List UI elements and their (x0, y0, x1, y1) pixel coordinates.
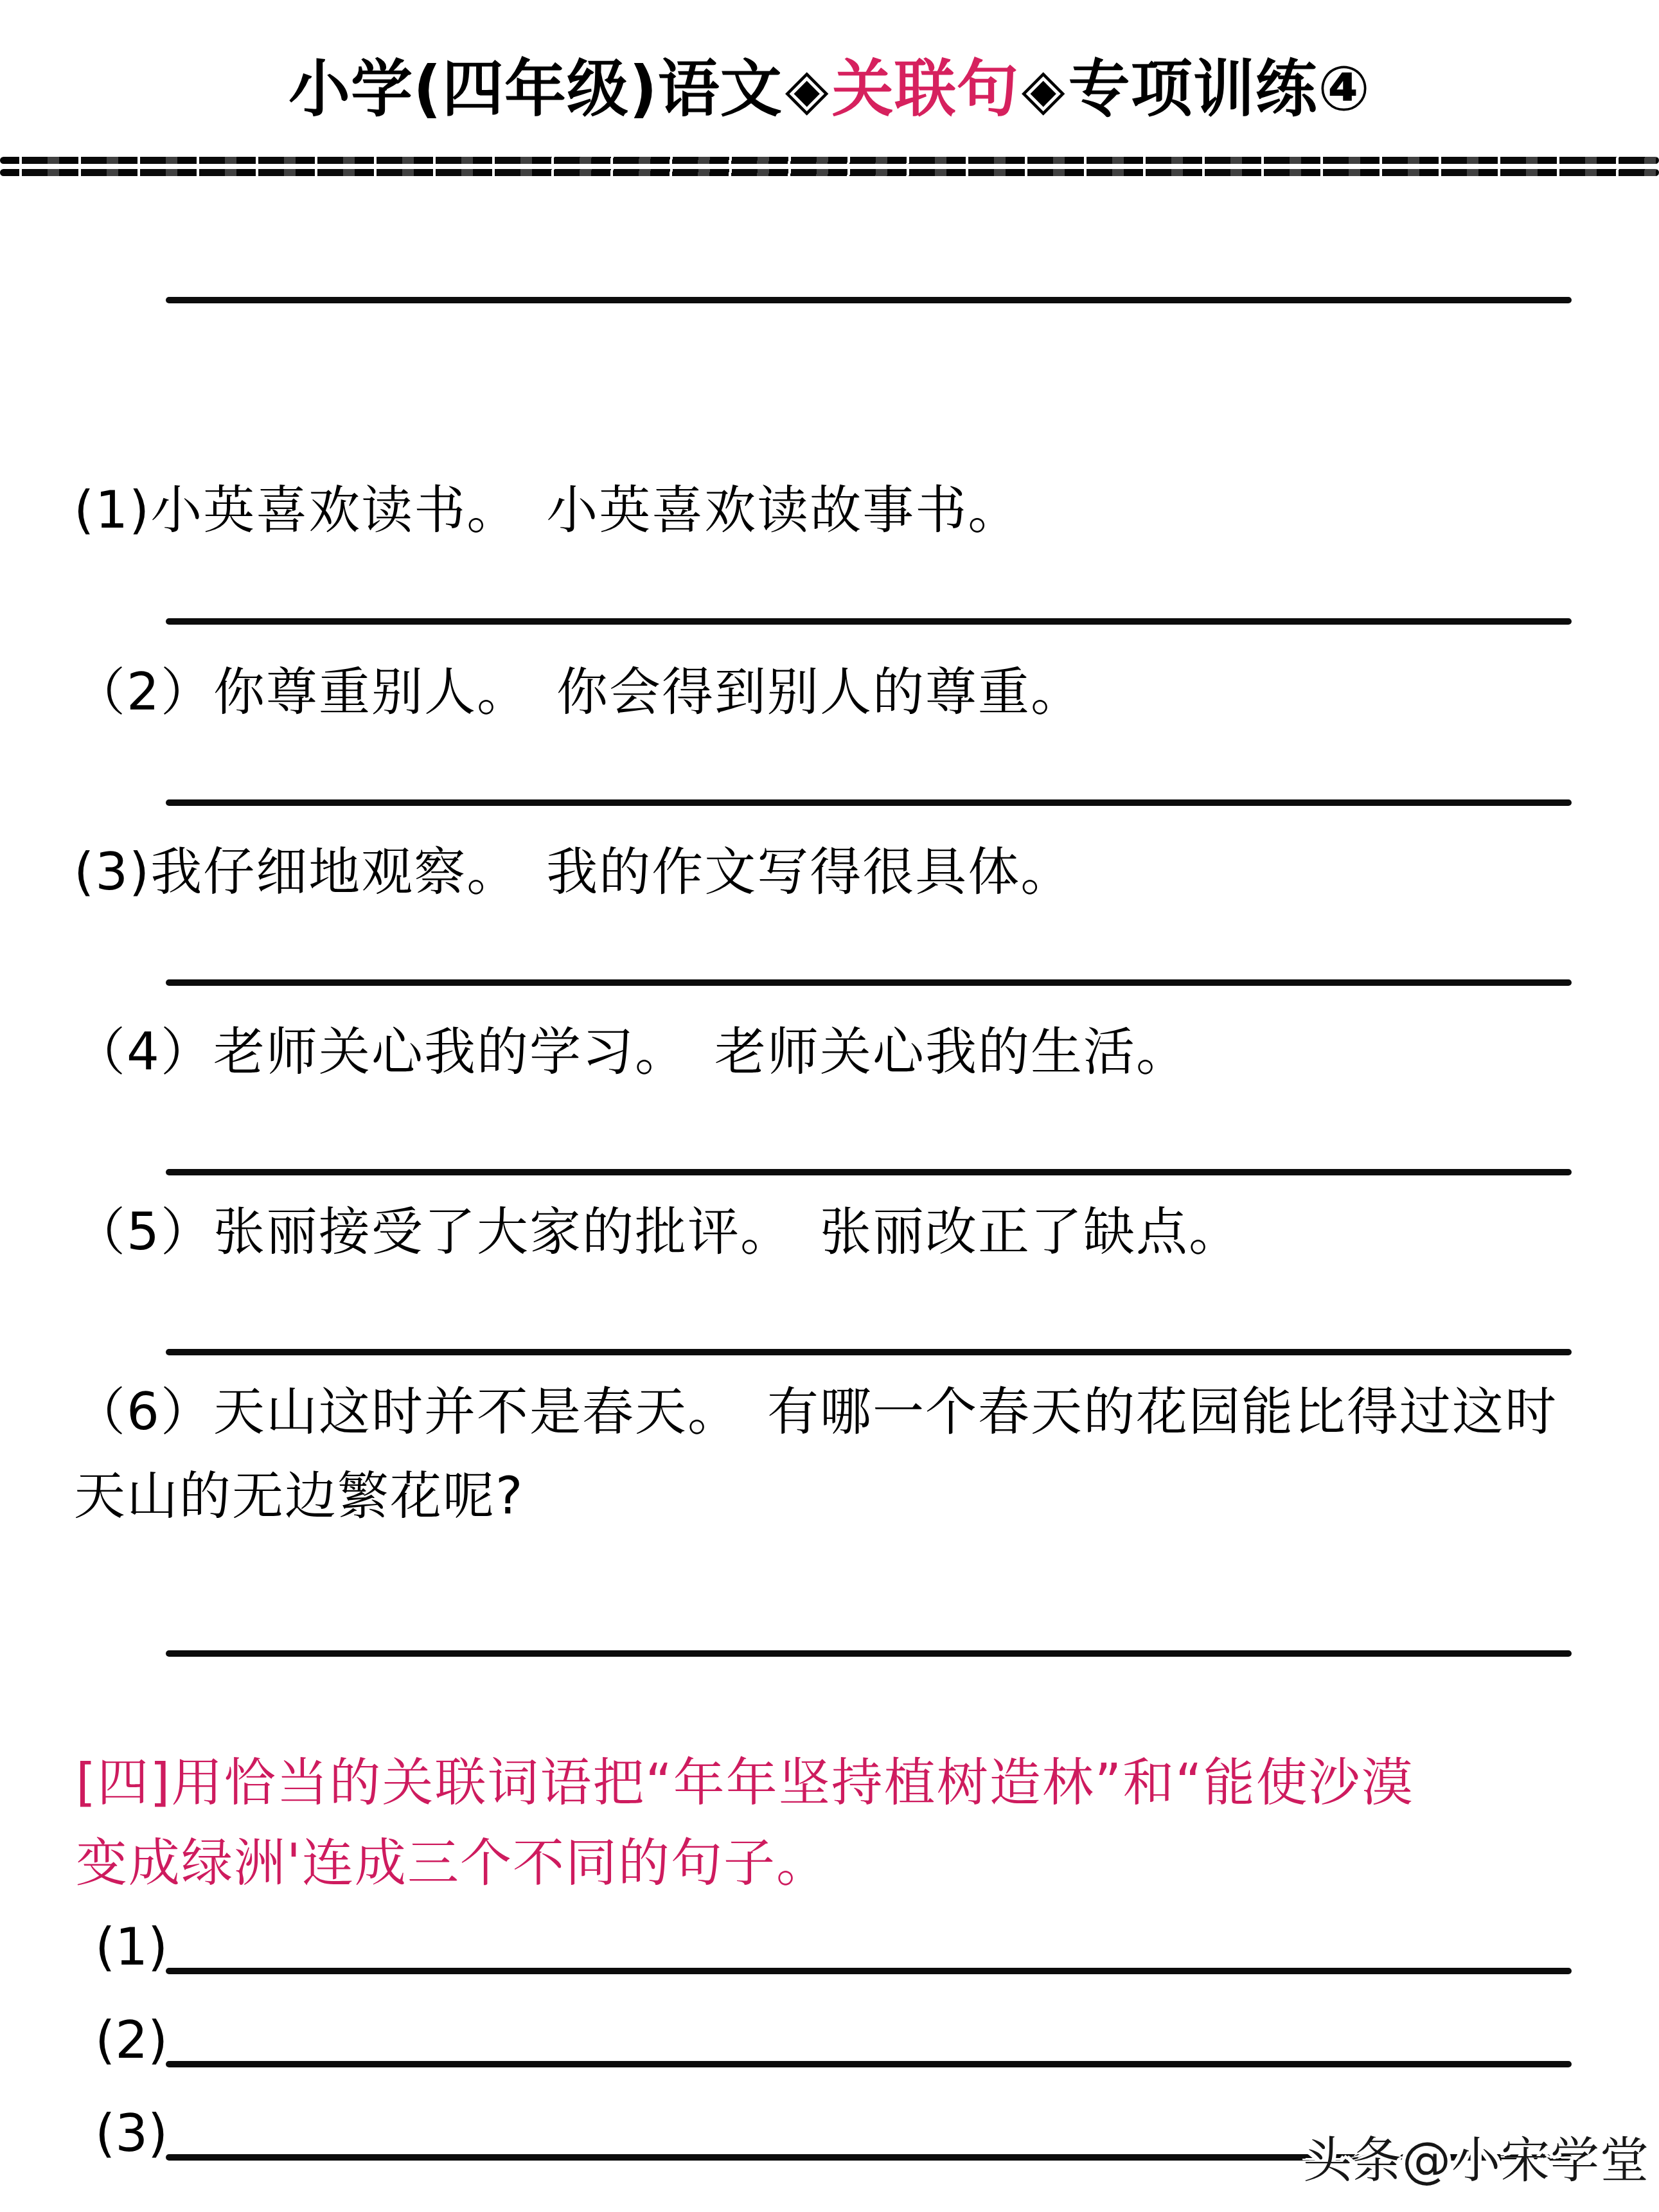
diamond-icon: ◈ (783, 56, 832, 122)
title-prefix: 小学(四年级)语文 (288, 53, 783, 125)
answer-line (166, 1650, 1572, 1657)
section-four-heading-line-1: [四]用恰当的关联词语把“年年坚持植树造林”和“能使沙漠 (76, 1754, 1414, 1811)
section-four-heading-line-2: 变成绿洲'连成三个不同的句子。 (76, 1835, 829, 1891)
page-title: 小学(四年级)语文◈关联句◈专项训练④ (0, 53, 1659, 127)
exercise-item-6-line-1: （6）天山这时并不是春天。 有哪一个春天的花园能比得过这时 (74, 1384, 1557, 1440)
answer-line (166, 618, 1572, 625)
answer-line (166, 1968, 1572, 1974)
answer-line (166, 799, 1572, 806)
answer-line (166, 1169, 1572, 1175)
answer-line (166, 297, 1572, 303)
exercise-item-5: （5）张丽接受了大家的批评。 张丽改正了缺点。 (74, 1204, 1241, 1260)
answer-line (166, 1349, 1572, 1355)
answer-line (166, 2061, 1572, 2067)
exercise-item-2: （2）你尊重别人。 你会得到别人的尊重。 (74, 664, 1083, 720)
blank-label-3: (3) (95, 2105, 168, 2162)
answer-line (166, 979, 1572, 986)
blank-label-2: (2) (95, 2012, 168, 2069)
header-divider-top (0, 157, 1659, 164)
exercise-item-4: （4）老师关心我的学习。 老师关心我的生活。 (74, 1024, 1189, 1080)
title-suffix: 专项训练④ (1069, 53, 1371, 125)
watermark: 头条@小宋学堂 (1303, 2134, 1649, 2188)
exercise-item-1: (1)小英喜欢读书。 小英喜欢读故事书。 (74, 482, 1020, 539)
worksheet-page: 小学(四年级)语文◈关联句◈专项训练④ (1)小英喜欢读书。 小英喜欢读故事书。… (0, 0, 1659, 2212)
title-accent: 关联句 (832, 53, 1019, 125)
exercise-item-3: (3)我仔细地观察。 我的作文写得很具体。 (74, 844, 1073, 900)
diamond-icon: ◈ (1019, 56, 1069, 122)
blank-label-1: (1) (95, 1919, 168, 1976)
header-divider-bottom (0, 169, 1659, 176)
exercise-item-6-line-2: 天山的无边繁花呢? (74, 1468, 524, 1524)
